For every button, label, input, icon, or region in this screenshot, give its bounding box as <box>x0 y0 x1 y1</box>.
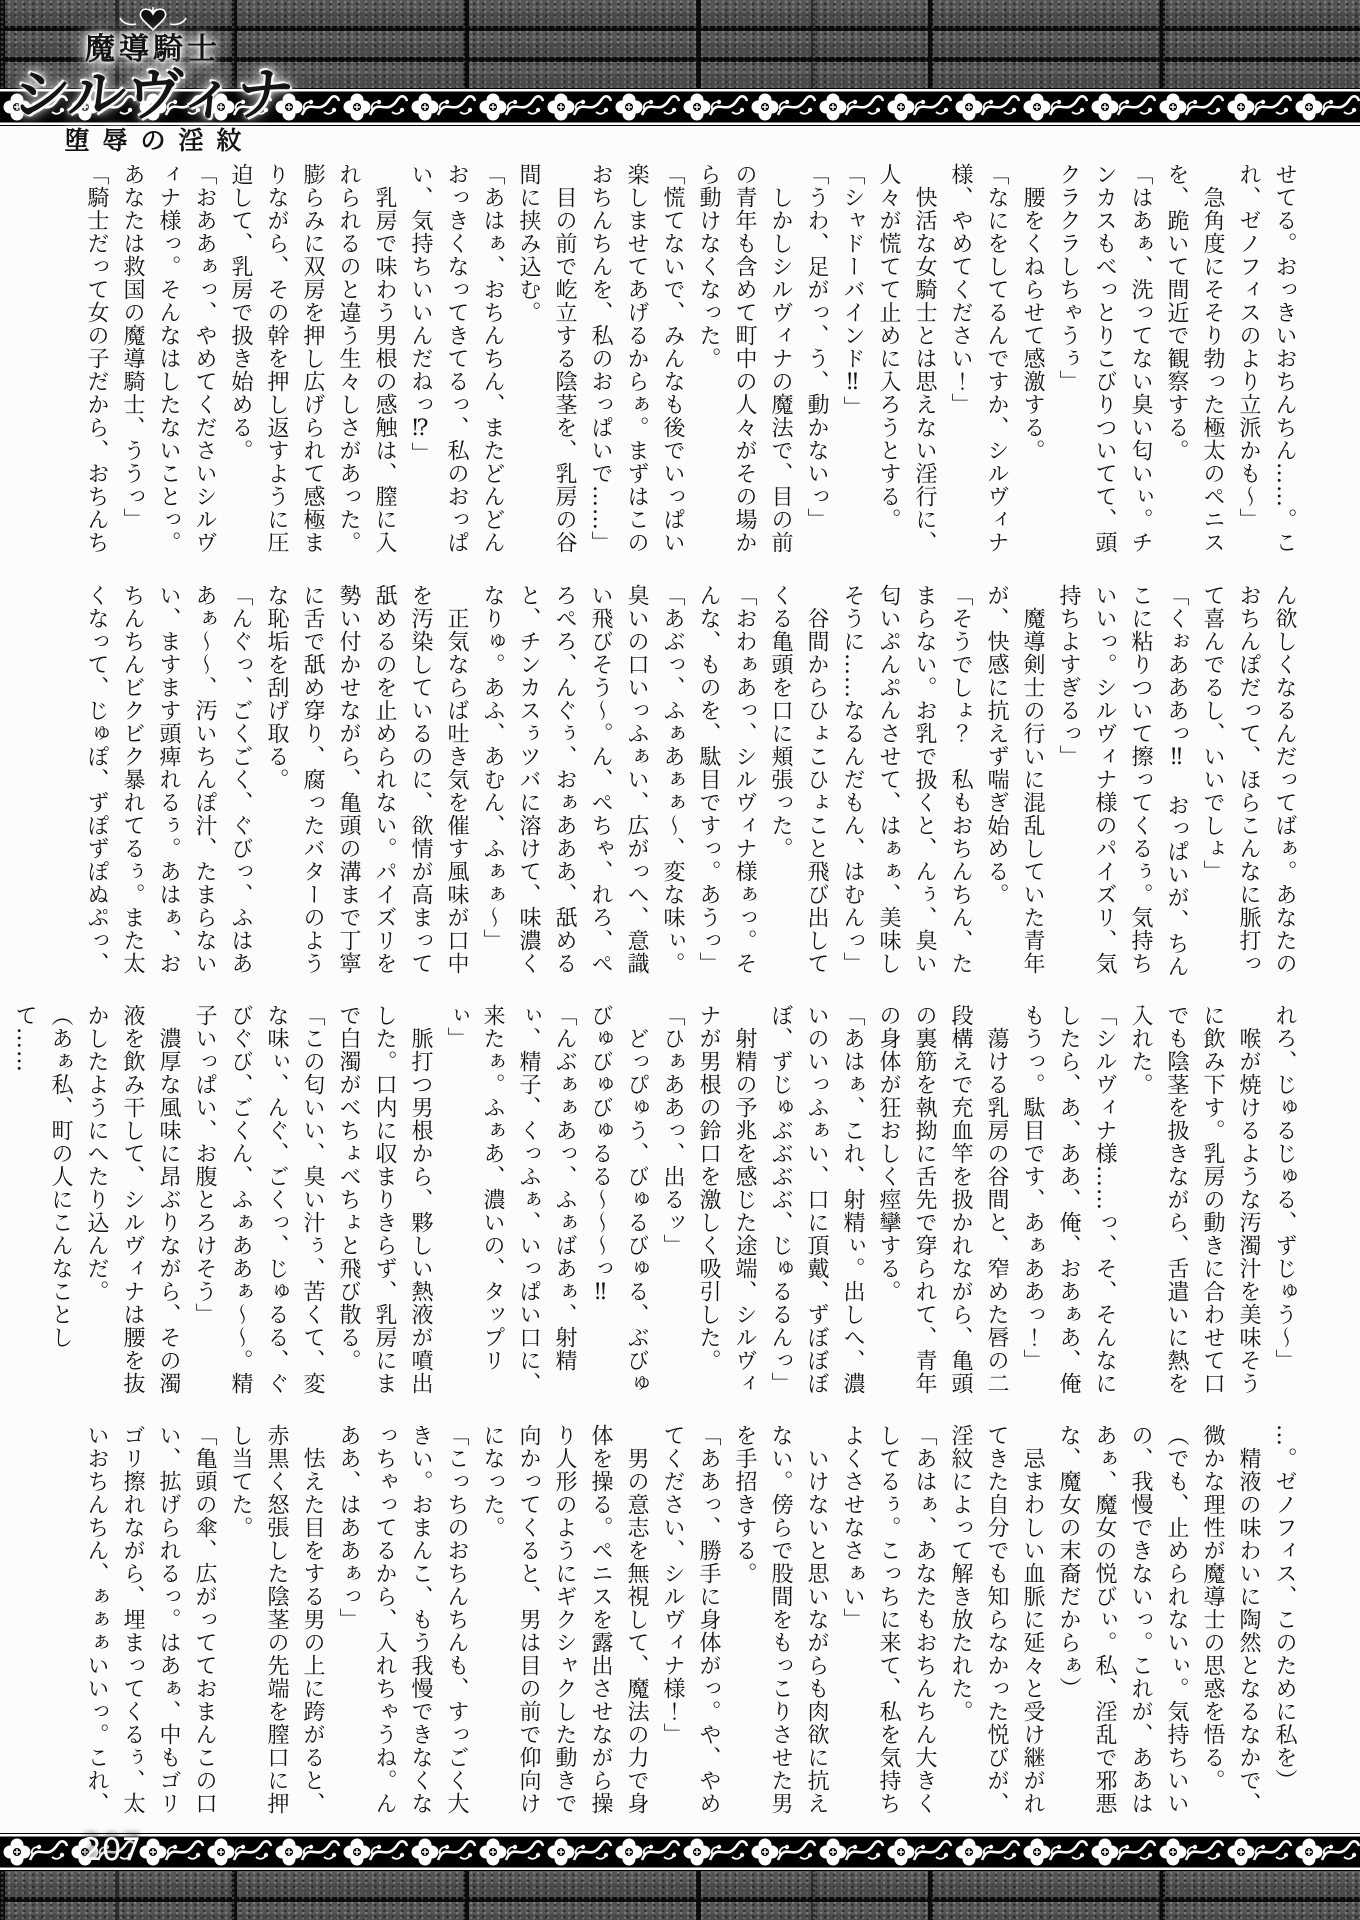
ornament-border-bottom <box>0 1833 1360 1871</box>
paragraph: 乳房で味わう男根の感触は、膣に入れられるのと違う生々しさがあった。膨らみに双房を… <box>222 163 402 557</box>
paragraph: 射精の予兆を感じた途端、シルヴィナが男根の鈴口を激しく吸引した。 <box>690 1004 762 1398</box>
paragraph: しかしシルヴィナの魔法で、目の前の青年も含めて町中の人々がその場から動けなくなっ… <box>690 163 798 557</box>
paragraph: れろ、じゅるじゅる、ずじゅう〜」 <box>1266 1004 1302 1398</box>
paragraph: 「んぐっ、ごくごく、ぐびっ、ふはああぁ〜〜、汚いちんぽ汁、たまらないい、ますます… <box>78 584 258 978</box>
paragraph: 「あはぁ、おちんちん、またどんどんおっきくなってきてるっ、私のおっぱい、気持ちい… <box>402 163 510 557</box>
paragraph: 「うわ、足がっ、う、動かないっ」 <box>798 163 834 557</box>
paragraph: 「はあぁ、洗ってない臭い匂いぃ。チンカスもべっとりこびりついてて、頭クラクラしち… <box>1050 163 1158 557</box>
paragraph: どっぴゅう、びゅるびゅる、ぶびゅびゅびゅびゅるる〜〜〜っ‼ <box>582 1004 654 1398</box>
paragraph: 「あぶっ、ふぁあぁぁ〜、変な味ぃ。臭いの口いっふぁい、広がっへ、意識い飛びそう〜… <box>474 584 690 978</box>
paragraph: 「なにをしてるんですか、シルヴィナ様、やめてください！」 <box>942 163 1014 557</box>
logo-subtitle-text: 堕辱の淫紋 <box>8 128 298 154</box>
logo-series-text: 魔導騎士 <box>8 34 298 66</box>
paragraph: 正気ならば吐き気を催す風味が口中を汚染しているのに、欲情が高まって舐めるのを止め… <box>258 584 474 978</box>
paragraph: 「あはぁ、あなたもおちんちん大きくしてるぅ。こっちに来て、私を気持ちよくさせなさ… <box>834 1424 942 1818</box>
paragraph: 精液の味わいに陶然となるなかで、微かな理性が魔導士の思惑を悟る。 <box>1194 1424 1266 1818</box>
paragraph: 「こっちのおちんちんも、すっごく大きい。おまんこ、もう我慢できなくなっちゃってる… <box>330 1424 474 1818</box>
logo-crown-heart-icon <box>8 4 298 34</box>
paragraph: 「おわぁあっ、シルヴィナ様ぁっ。そんな、ものを、駄目ですっ。あうっ」 <box>690 584 762 978</box>
paragraph: いけないと思いながらも肉欲に抗えない。傍らで股間をもっこりさせた男を手招きする。 <box>726 1424 834 1818</box>
text-block-1: せてる。おっきいおちんちん……。これ、ゼノフィスのより立派かも〜」 急角度にそそ… <box>42 163 1302 557</box>
paragraph: 脈打つ男根から、夥しい熱液が噴出した。口内に収まりきらず、乳房にまで白濁がべちょ… <box>330 1004 438 1398</box>
logo: 魔導騎士 シルヴィナ 堕辱の淫紋 <box>8 4 298 155</box>
logo-title-text: シルヴィナ <box>5 66 300 126</box>
paragraph: 「ひぁああっ、出るッ」 <box>654 1004 690 1398</box>
paragraph: 目の前で屹立する陰茎を、乳房の谷間に挟み込む。 <box>510 163 582 557</box>
paragraph: 「この匂いい、臭い汁ぅ、苦くて、変な味ぃ、んぐ、ごくっ、じゅるる、ぐびぐび、ごく… <box>186 1004 330 1398</box>
paragraph: 男の意志を無視して、魔法の力で身体を操る。ペニスを露出させながら操り人形のように… <box>474 1424 654 1818</box>
paragraph: せてる。おっきいおちんちん……。これ、ゼノフィスのより立派かも〜」 <box>1230 163 1302 557</box>
text-block-4: …。ゼノフィス、このために私を） 精液の味わいに陶然となるなかで、微かな理性が魔… <box>42 1424 1302 1818</box>
page-number: 207 <box>82 1832 141 1868</box>
text-block-3: れろ、じゅるじゅる、ずじゅう〜」 喉が焼けるような汚濁汁を美味そうに飲み下す。乳… <box>42 1004 1302 1398</box>
paragraph: 急角度にそそり勃った極太のペニスを、跪いて間近で観察する。 <box>1158 163 1230 557</box>
paragraph: 「シャドーバインド‼」 <box>834 163 870 557</box>
paragraph: 喉が焼けるような汚濁汁を美味そうに飲み下す。乳房の動きに合わせて口でも陰茎を扱き… <box>1122 1004 1266 1398</box>
paragraph: （あぁ私、町の人にこんなことして…… <box>6 1004 78 1398</box>
paragraph: 「あはぁ、これ、射精ぃ。出しへ、濃いのいっふぁい、口に頂戴、ずぼぼぼぼ、ずじゅぶ… <box>762 1004 870 1398</box>
paragraph: 「そうでしょ？ 私もおちんちん、たまらない。お乳で扱くと、んぅ、臭い匂いぷんぷん… <box>834 584 978 978</box>
paragraph: …。ゼノフィス、このために私を） <box>1266 1424 1302 1818</box>
paragraph: 「くぉあああっ‼ おっぱいが、ちんこに粘りついて擦ってくるぅ。気持ちいいっ。シル… <box>1050 584 1194 978</box>
paragraph: 魔導剣士の行いに混乱していた青年が、快感に抗えず喘ぎ始める。 <box>978 584 1050 978</box>
paragraph: 「ああっ、勝手に身体がっ。や、やめてください、シルヴィナ様！」 <box>654 1424 726 1818</box>
paragraph: （でも、止められないぃ。気持ちいいの、我慢できないっ。これが、ああはあぁ、魔女の… <box>1050 1424 1194 1818</box>
paragraph: 蕩ける乳房の谷間と、窄めた唇の二段構えで充血竿を扱かれながら、亀頭の裏筋を執拗に… <box>870 1004 1014 1398</box>
paragraph: 怯えた目をする男の上に跨がると、赤黒く怒張した陰茎の先端を膣口に押し当てた。 <box>222 1424 330 1818</box>
paragraph: 「騎士だって女の子だから、おちんち <box>78 163 114 557</box>
paragraph: 「慌てないで、みんなも後でいっぱい楽しませてあげるからぁ。まずはこのおちんちんを… <box>582 163 690 557</box>
text-block-2: ん欲しくなるんだってばぁ。あなたのおちんぽだって、ほらこんなに脈打って喜んでるし… <box>42 584 1302 978</box>
paragraph: 忌まわしい血脈に延々と受け継がれてきた自分でも知らなかった悦びが、淫紋によって解… <box>942 1424 1050 1818</box>
paragraph: 「んぶぁぁあっ、ふぁばあぁ、射精ぃ、精子、くっふぁ、いっぱい口に、来たぁ。ふぁあ… <box>438 1004 582 1398</box>
paragraph: 濃厚な風味に昂ぶりながら、その濁液を飲み干して、シルヴィナは腰を抜かしたようにへ… <box>78 1004 186 1398</box>
paragraph: 腰をくねらせて感激する。 <box>1014 163 1050 557</box>
paragraph: 「亀頭の傘、広がってておまんこの口い、拡げられるっ。はあぁ、中もゴリゴリ擦れなが… <box>78 1424 222 1818</box>
paragraph: 快活な女騎士とは思えない淫行に、人々が慌てて止めに入ろうとする。 <box>870 163 942 557</box>
paragraph: 「シルヴィナ様……っ、そ、そんなにしたら、あ、ああ、俺、おあぁあ、俺もうっ。駄目… <box>1014 1004 1122 1398</box>
paragraph: 谷間からひょこひょこと飛び出してくる亀頭を口に頬張った。 <box>762 584 834 978</box>
brick-texture-bottom <box>0 1871 1360 1920</box>
paragraph: ん欲しくなるんだってばぁ。あなたのおちんぽだって、ほらこんなに脈打って喜んでるし… <box>1194 584 1302 978</box>
paragraph: 「おああぁっ、やめてくださいシルヴィナ様っ。そんなはしたないことっ。あなたは救国… <box>114 163 222 557</box>
